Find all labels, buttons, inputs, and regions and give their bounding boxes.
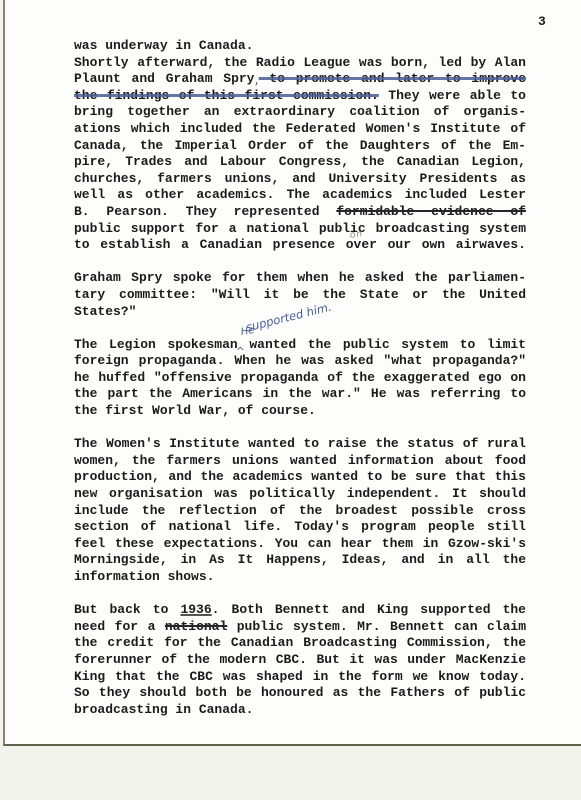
text-segment: churches, farmers unions, and University…: [74, 171, 526, 186]
text-segment: The Legion spokesman: [74, 337, 238, 352]
text-line: the part the Americans in the war." He w…: [74, 386, 526, 403]
text-line: tary committee: "Will it be the State or…: [74, 287, 526, 304]
text-segment: the part the Americans in the war." He w…: [74, 386, 526, 401]
document-body: was underway in Canada.Shortly afterward…: [74, 38, 526, 718]
text-line: Shortly afterward, the Radio League was …: [74, 55, 526, 72]
text-segment: the credit for the Canadian Broadcasting…: [74, 635, 526, 650]
text-line: But back to 1936. Both Bennett and King …: [74, 602, 526, 619]
text-line: ations which included the Federated Wome…: [74, 121, 526, 138]
text-line: King that the CBC was shaped in the form…: [74, 669, 526, 686]
text-line: include the reflection of the broadest p…: [74, 503, 526, 520]
pen-strikethrough-text: the findings of this first commission.: [74, 88, 379, 103]
text-line: Plaunt and Graham Spry, to promote and l…: [74, 71, 526, 88]
typed-strikethrough-text: national: [165, 619, 227, 634]
text-segment: tary committee: "Will it be the State or…: [74, 287, 526, 302]
text-segment: ations which included the Federated Wome…: [74, 121, 526, 136]
text-segment: he huffed "offensive propaganda of the e…: [74, 370, 526, 385]
text-segment: overon: [346, 237, 377, 252]
text-line: public support for a national public bro…: [74, 221, 526, 238]
text-segment: information shows.: [74, 569, 214, 584]
text-line: need for a national public system. Mr. B…: [74, 619, 526, 636]
text-line: Morningside, in As It Happens, Ideas, an…: [74, 552, 526, 569]
text-segment: the first World War, of course.: [74, 403, 316, 418]
text-line: section of national life. Today's progra…: [74, 519, 526, 536]
handwritten-comma: ,: [255, 73, 259, 88]
text-segment: our own airwaves.: [377, 237, 526, 252]
text-line: feel these expectations. You can hear th…: [74, 536, 526, 553]
text-segment: Canada, the Imperial Order of the Daught…: [74, 138, 526, 153]
underlined-text: 1936: [180, 602, 211, 617]
text-segment: public support for a national public bro…: [74, 221, 526, 236]
text-segment: forerunner of the modern CBC. But it was…: [74, 652, 526, 667]
text-segment: production, and the academics wanted to …: [74, 469, 526, 484]
text-segment: foreign propaganda. When he was asked "w…: [74, 353, 526, 368]
text-line: information shows.: [74, 569, 526, 586]
handwritten-correction: on: [349, 226, 364, 244]
insertion-caret: ^: [236, 344, 245, 361]
text-segment: feel these expectations. You can hear th…: [74, 536, 526, 551]
text-line: broadcasting in Canada.: [74, 702, 526, 719]
text-segment: States?": [74, 304, 136, 319]
text-segment: Morningside, in As It Happens, Ideas, an…: [74, 552, 526, 567]
text-segment: Shortly afterward, the Radio League was …: [74, 55, 526, 70]
paragraph: The Legion spokesman ^Hesupported him.wa…: [74, 337, 526, 420]
text-segment: bring together an extraordinary coalitio…: [74, 104, 526, 119]
text-line: bring together an extraordinary coalitio…: [74, 104, 526, 121]
text-line: production, and the academics wanted to …: [74, 469, 526, 486]
text-segment: pire, Trades and Labour Congress, the Ca…: [74, 154, 526, 169]
paragraph: The Women's Institute wanted to raise th…: [74, 436, 526, 585]
text-line: well as other academics. The academics i…: [74, 187, 526, 204]
text-line: foreign propaganda. When he was asked "w…: [74, 353, 526, 370]
paragraph: But back to 1936. Both Bennett and King …: [74, 602, 526, 718]
text-line: new organisation was politically indepen…: [74, 486, 526, 503]
typed-strikethrough-text: formidable evidence of: [336, 204, 526, 219]
text-line: The Women's Institute wanted to raise th…: [74, 436, 526, 453]
text-segment: wanted the public system to limit: [249, 337, 526, 352]
text-segment: was underway in Canada.: [74, 38, 253, 53]
text-line: churches, farmers unions, and University…: [74, 171, 526, 188]
text-segment: Plaunt and Graham Spry,: [74, 71, 259, 88]
text-segment: section of national life. Today's progra…: [74, 519, 526, 534]
pen-strikethrough-text: to promote and later to improve: [259, 71, 526, 86]
text-segment: to establish a Canadian presence: [74, 237, 346, 252]
text-segment: public system. Mr. Bennett can claim: [227, 619, 526, 634]
text-segment: broadcasting in Canada.: [74, 702, 253, 717]
text-line: The Legion spokesman ^Hesupported him.wa…: [74, 337, 526, 354]
text-line: the credit for the Canadian Broadcasting…: [74, 635, 526, 652]
scan-background: { "page": { "number": "3", "paper_color"…: [0, 0, 581, 800]
text-line: he huffed "offensive propaganda of the e…: [74, 370, 526, 387]
page-number: 3: [538, 14, 546, 29]
text-line: So they should both be honoured as the F…: [74, 685, 526, 702]
text-line: B. Pearson. They represented formidable …: [74, 204, 526, 221]
text-line: Graham Spry spoke for them when he asked…: [74, 270, 526, 287]
text-segment: King that the CBC was shaped in the form…: [74, 669, 526, 684]
paragraph: was underway in Canada.Shortly afterward…: [74, 38, 526, 254]
text-line: the findings of this first commission. T…: [74, 88, 526, 105]
text-segment: need for a: [74, 619, 165, 634]
text-segment: women, the farmers unions wanted informa…: [74, 453, 526, 468]
text-segment: They were able to: [379, 88, 526, 103]
text-segment: The Women's Institute wanted to raise th…: [74, 436, 526, 451]
text-segment: So they should both be honoured as the F…: [74, 685, 526, 700]
text-line: was underway in Canada.: [74, 38, 526, 55]
text-segment: well as other academics. The academics i…: [74, 187, 526, 202]
text-segment: new organisation was politically indepen…: [74, 486, 526, 501]
text-line: pire, Trades and Labour Congress, the Ca…: [74, 154, 526, 171]
text-segment: But back to: [74, 602, 180, 617]
text-line: forerunner of the modern CBC. But it was…: [74, 652, 526, 669]
text-line: Canada, the Imperial Order of the Daught…: [74, 138, 526, 155]
text-segment: . Both Bennett and King supported the: [212, 602, 526, 617]
text-segment: B. Pearson. They represented: [74, 204, 336, 219]
text-line: the first World War, of course.: [74, 403, 526, 420]
text-segment: Graham Spry spoke for them when he asked…: [74, 270, 526, 285]
scanned-page: 3 was underway in Canada.Shortly afterwa…: [3, 0, 581, 746]
text-line: women, the farmers unions wanted informa…: [74, 453, 526, 470]
text-segment: include the reflection of the broadest p…: [74, 503, 526, 518]
text-line: to establish a Canadian presence overon …: [74, 237, 526, 254]
text-segment: ^Hesupported him.: [238, 337, 250, 352]
